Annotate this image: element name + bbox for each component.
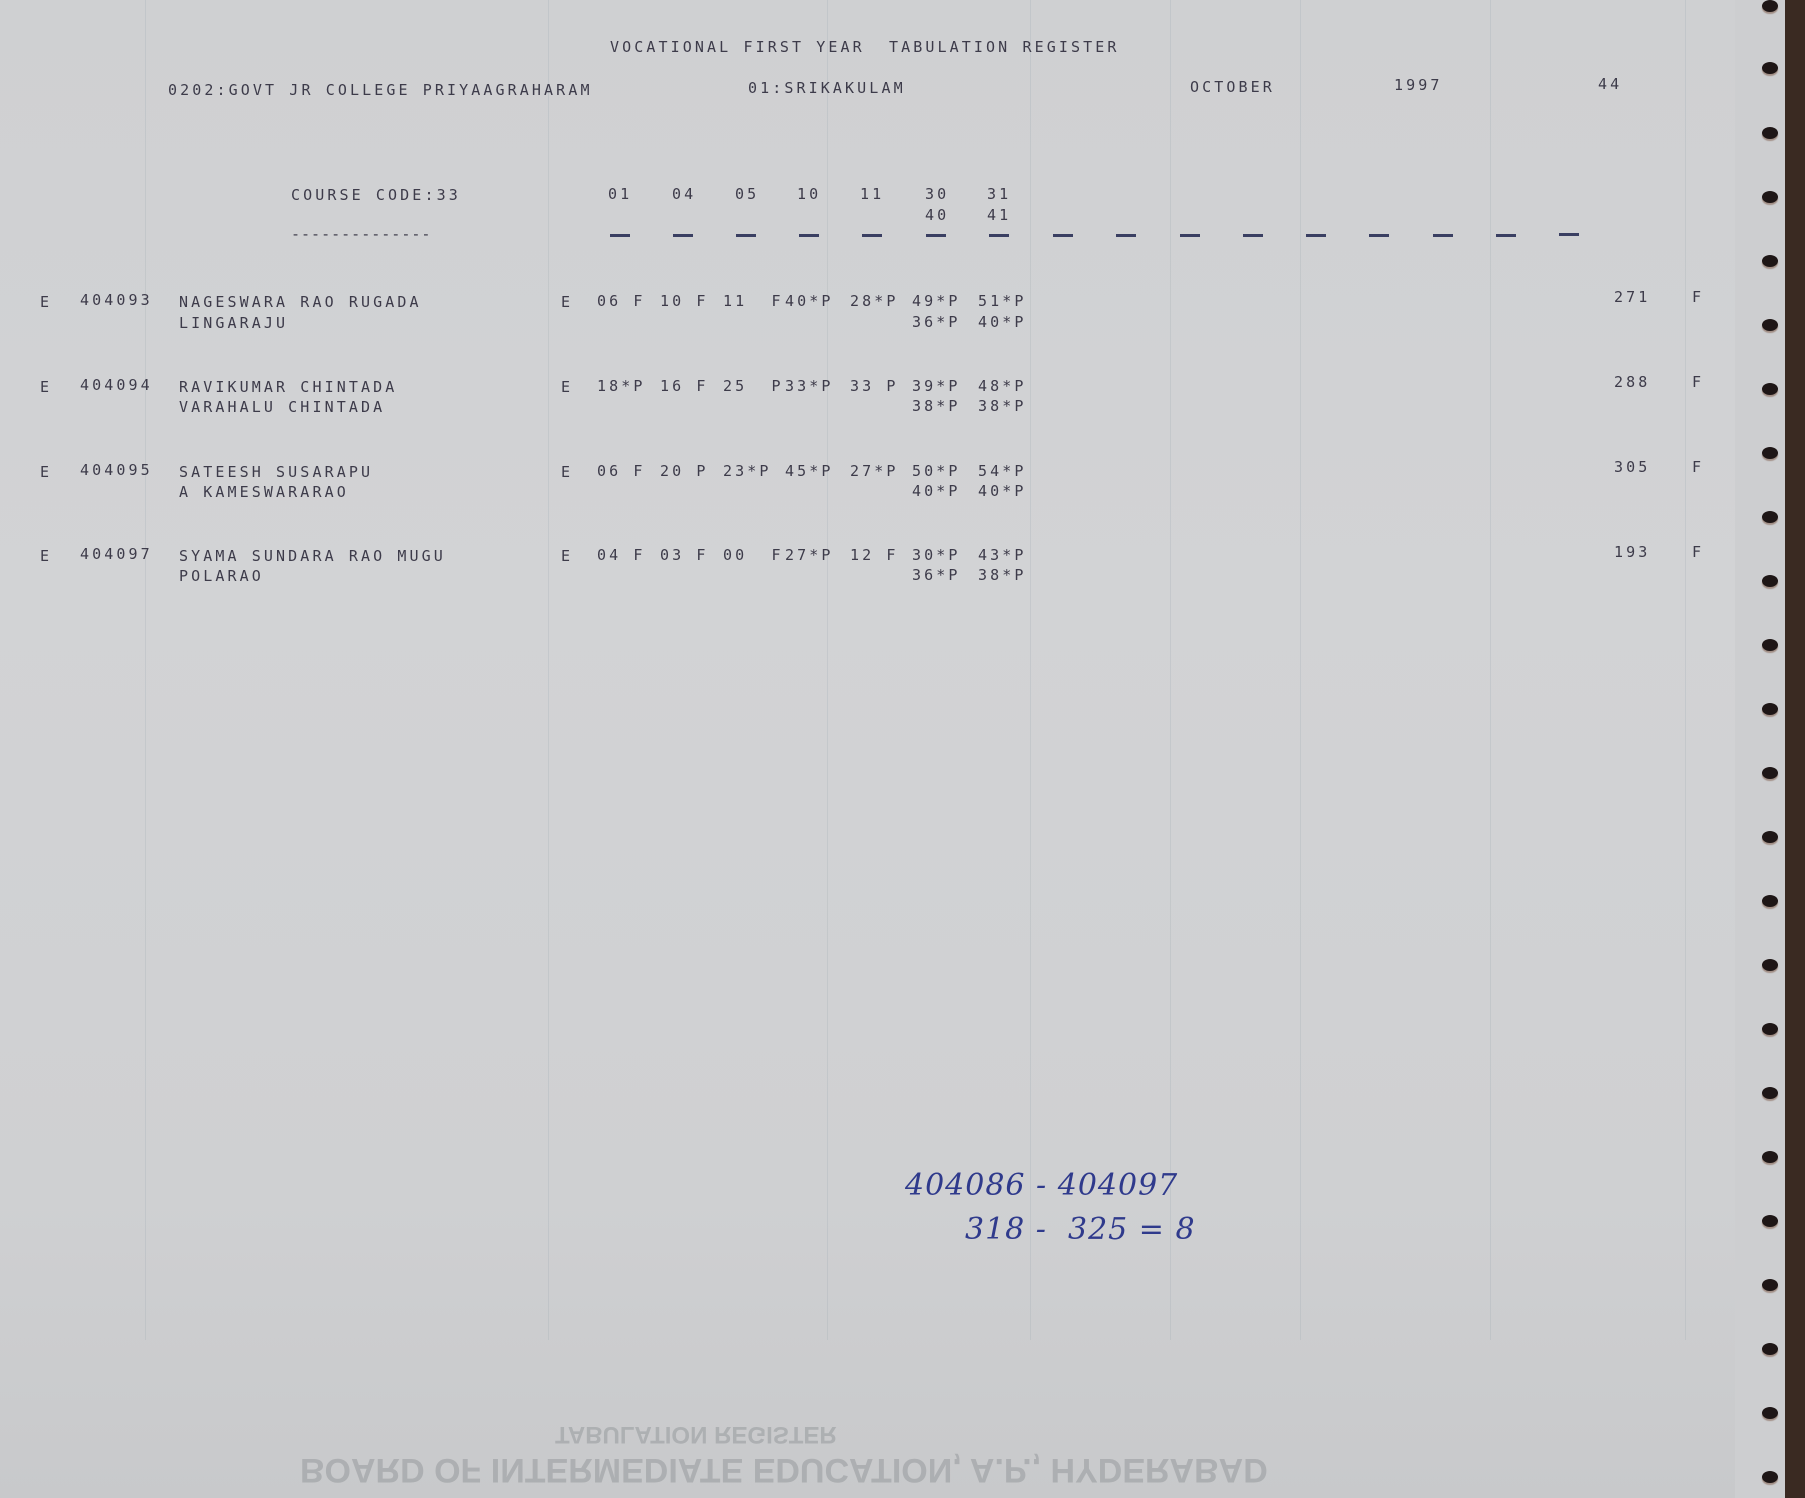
marks: 27*P — [785, 546, 834, 564]
result: F — [1692, 458, 1704, 476]
medium: E — [40, 378, 52, 396]
second-language: E — [561, 463, 573, 481]
total-marks: 193 — [1614, 543, 1650, 561]
marks: 40*P — [785, 292, 834, 310]
course-code: COURSE CODE:33 — [291, 186, 461, 204]
marks: 10 F — [660, 292, 709, 310]
feed-hole — [1762, 191, 1778, 203]
marks: 39*P — [912, 377, 961, 395]
medium: E — [40, 547, 52, 565]
hall-ticket-number: 404093 — [80, 291, 153, 309]
medium: E — [40, 293, 52, 311]
marks: 48*P — [978, 377, 1027, 395]
student-name: SATEESH SUSARAPU — [179, 463, 373, 481]
feed-hole — [1762, 1407, 1778, 1419]
feed-hole — [1762, 1087, 1778, 1099]
page-number: 44 — [1598, 75, 1622, 93]
feed-hole — [1762, 1215, 1778, 1227]
marks: 00 F — [723, 546, 784, 564]
feed-hole — [1762, 895, 1778, 907]
bleed-through-subtitle: TABULATION REGISTER — [555, 1420, 837, 1448]
feed-hole — [1762, 62, 1778, 74]
marks: 33*P — [785, 377, 834, 395]
marks: 38*P — [912, 397, 961, 415]
medium: E — [40, 463, 52, 481]
subject-code: 41 — [987, 206, 1011, 224]
district: 01:SRIKAKULAM — [748, 79, 906, 97]
hall-ticket-number: 404095 — [80, 461, 153, 479]
feed-hole — [1762, 1151, 1778, 1163]
hall-ticket-number: 404097 — [80, 545, 153, 563]
marks: 28*P — [850, 292, 899, 310]
subject-code: 11 — [860, 185, 884, 203]
marks: 12 F — [850, 546, 899, 564]
marks: 20 P — [660, 462, 709, 480]
marks: 23*P — [723, 462, 772, 480]
result: F — [1692, 288, 1704, 306]
marks: 45*P — [785, 462, 834, 480]
marks: 51*P — [978, 292, 1027, 310]
subject-code: 04 — [672, 185, 696, 203]
marks: 27*P — [850, 462, 899, 480]
father-name: A KAMESWARARAO — [179, 483, 349, 501]
marks: 38*P — [978, 397, 1027, 415]
subject-code: 01 — [608, 185, 632, 203]
student-name: SYAMA SUNDARA RAO MUGU — [179, 547, 446, 565]
feed-hole — [1762, 639, 1778, 651]
total-marks: 271 — [1614, 288, 1650, 306]
second-language: E — [561, 293, 573, 311]
college-name: 0202:GOVT JR COLLEGE PRIYAAGRAHARAM — [168, 81, 593, 99]
feed-hole — [1762, 383, 1778, 395]
marks: 33 P — [850, 377, 899, 395]
marks: 49*P — [912, 292, 961, 310]
marks: 25 P — [723, 377, 784, 395]
subject-code: 31 — [987, 185, 1011, 203]
marks: 06 F — [597, 292, 646, 310]
marks: 40*P — [978, 313, 1027, 331]
father-name: POLARAO — [179, 567, 264, 585]
feed-hole — [1762, 1471, 1778, 1483]
marks: 40*P — [978, 482, 1027, 500]
feed-hole — [1762, 0, 1778, 12]
marks: 04 F — [597, 546, 646, 564]
total-marks: 305 — [1614, 458, 1650, 476]
marks: 06 F — [597, 462, 646, 480]
father-name: VARAHALU CHINTADA — [179, 398, 385, 416]
marks: 16 F — [660, 377, 709, 395]
feed-hole — [1762, 447, 1778, 459]
feed-hole — [1762, 703, 1778, 715]
feed-hole — [1762, 767, 1778, 779]
tractor-feed-strip — [1735, 0, 1785, 1498]
feed-hole — [1762, 831, 1778, 843]
total-marks: 288 — [1614, 373, 1650, 391]
marks: 36*P — [912, 566, 961, 584]
subject-code: 40 — [925, 206, 949, 224]
course-code-underline: -------------- — [291, 225, 431, 243]
marks: 54*P — [978, 462, 1027, 480]
feed-hole — [1762, 1023, 1778, 1035]
register-title: VOCATIONAL FIRST YEAR TABULATION REGISTE… — [610, 38, 1120, 56]
second-language: E — [561, 547, 573, 565]
subject-code: 10 — [797, 185, 821, 203]
marks: 11 F — [723, 292, 784, 310]
marks: 30*P — [912, 546, 961, 564]
feed-hole — [1762, 255, 1778, 267]
handwritten-range: 404086 - 404097 — [905, 1168, 1178, 1203]
marks: 38*P — [978, 566, 1027, 584]
feed-hole — [1762, 1343, 1778, 1355]
exam-year: 1997 — [1394, 76, 1443, 94]
marks: 03 F — [660, 546, 709, 564]
marks: 40*P — [912, 482, 961, 500]
tabulation-register-sheet — [0, 0, 1785, 1498]
subject-code: 05 — [735, 185, 759, 203]
feed-hole — [1762, 1279, 1778, 1291]
feed-hole — [1762, 575, 1778, 587]
bleed-through-heading: BOARD OF INTERMEDIATE EDUCATION, A.P., H… — [300, 1450, 1268, 1489]
second-language: E — [561, 378, 573, 396]
marks: 18*P — [597, 377, 646, 395]
feed-hole — [1762, 127, 1778, 139]
handwritten-count: 318 - 325 = 8 — [965, 1212, 1196, 1247]
exam-month: OCTOBER — [1190, 78, 1275, 96]
subject-code: 30 — [925, 185, 949, 203]
student-name: NAGESWARA RAO RUGADA — [179, 293, 422, 311]
student-name: RAVIKUMAR CHINTADA — [179, 378, 397, 396]
feed-hole — [1762, 511, 1778, 523]
feed-hole — [1762, 319, 1778, 331]
marks: 36*P — [912, 313, 961, 331]
result: F — [1692, 373, 1704, 391]
marks: 50*P — [912, 462, 961, 480]
feed-hole — [1762, 959, 1778, 971]
paper-edge — [1785, 0, 1805, 1498]
hall-ticket-number: 404094 — [80, 376, 153, 394]
marks: 43*P — [978, 546, 1027, 564]
result: F — [1692, 543, 1704, 561]
father-name: LINGARAJU — [179, 314, 288, 332]
